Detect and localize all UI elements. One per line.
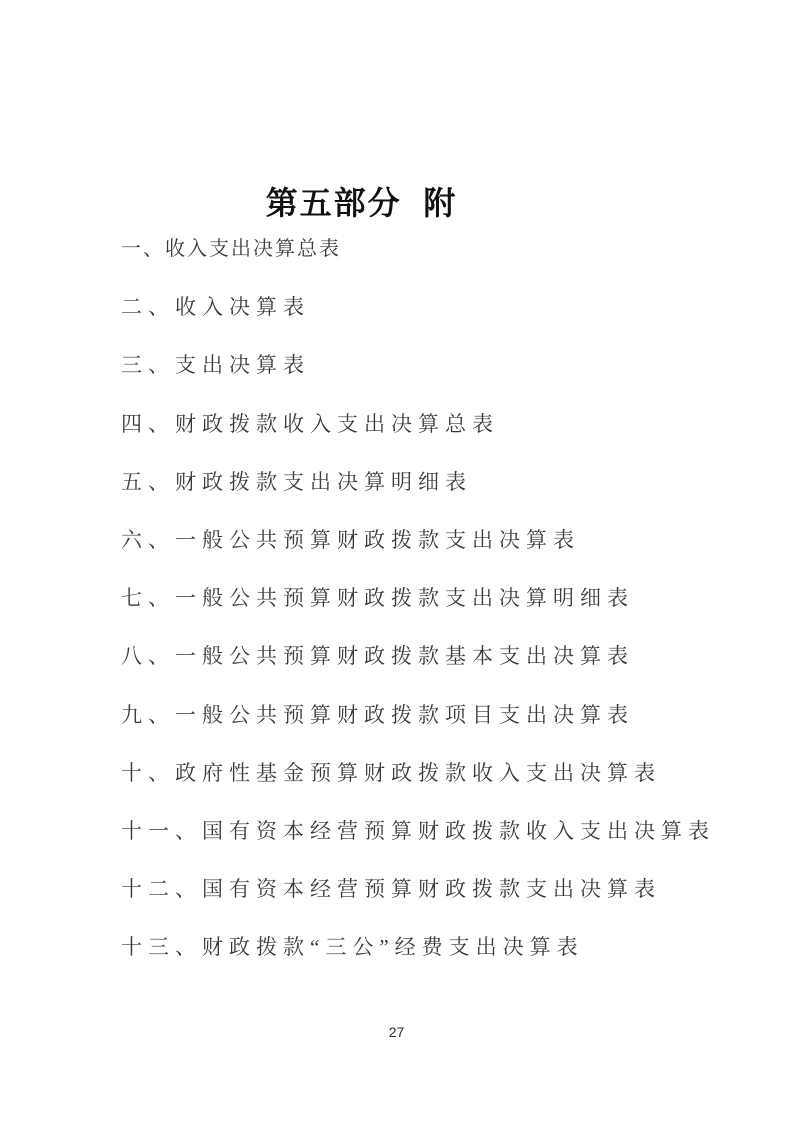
page-number: 27 xyxy=(0,1024,793,1040)
toc-item: 七、一般公共预算财政拨款支出决算明细表 xyxy=(121,569,715,627)
toc-item: 二、收入决算表 xyxy=(121,278,715,336)
toc-item: 九、一般公共预算财政拨款项目支出决算表 xyxy=(121,686,715,744)
toc-item: 六、一般公共预算财政拨款支出决算表 xyxy=(121,511,715,569)
toc-item: 五、财政拨款支出决算明细表 xyxy=(121,453,715,511)
toc-item: 一、收入支出决算总表 xyxy=(121,220,715,278)
toc-item: 十一、国有资本经营预算财政拨款收入支出决算表 xyxy=(121,802,715,860)
toc-list: 一、收入支出决算总表 二、收入决算表 三、支出决算表 四、财政拨款收入支出决算总… xyxy=(121,220,715,976)
toc-item: 十、政府性基金预算财政拨款收入支出决算表 xyxy=(121,744,715,802)
document-page: 第五部分 附 一、收入支出决算总表 二、收入决算表 三、支出决算表 四、财政拨款… xyxy=(0,0,793,1122)
section-title: 第五部分 附 xyxy=(0,178,793,224)
toc-item: 四、财政拨款收入支出决算总表 xyxy=(121,395,715,453)
toc-item: 十二、国有资本经营预算财政拨款支出决算表 xyxy=(121,860,715,918)
toc-item: 十三、财政拨款“三公”经费支出决算表 xyxy=(121,918,715,976)
toc-item: 八、一般公共预算财政拨款基本支出决算表 xyxy=(121,627,715,685)
toc-item: 三、支出决算表 xyxy=(121,336,715,394)
